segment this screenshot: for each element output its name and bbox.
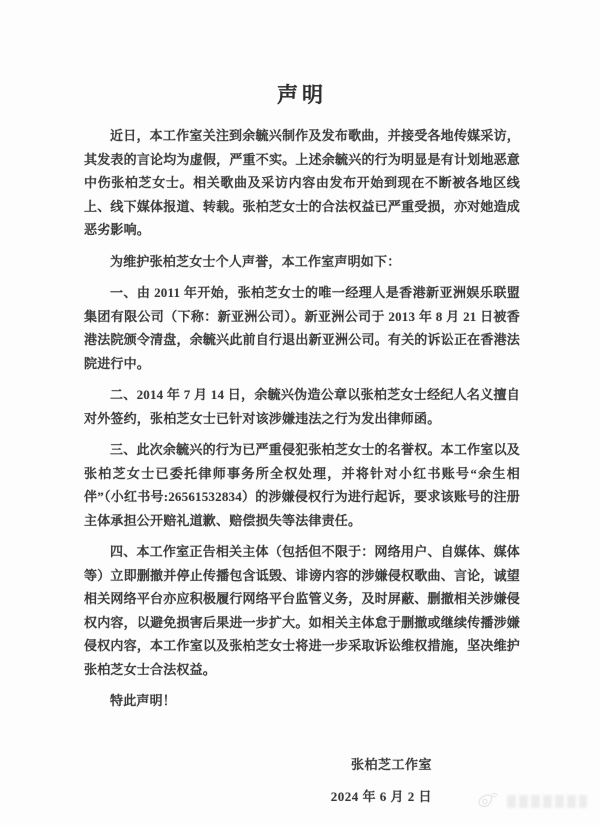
statement-item-4: 四、本工作室正告相关主体（包括但不限于：网络用户、自媒体、媒体等）立即删撤并停止… — [84, 540, 520, 681]
intro-paragraph: 近日，本工作室关注到余毓兴制作及发布歌曲，并接受各地传媒采访，其发表的言论均为虚… — [84, 124, 520, 242]
page-title: 声明 — [84, 82, 520, 108]
closing-declaration: 特此声明！ — [84, 689, 520, 713]
statement-item-2: 二、2014 年 7 月 14 日，余毓兴伪造公章以张柏芝女士经纪人名义擅自对外… — [84, 383, 520, 430]
document-body: 声明 近日，本工作室关注到余毓兴制作及发布歌曲，并接受各地传媒采访，其发表的言论… — [0, 0, 600, 809]
statement-item-3: 三、此次余毓兴的行为已严重侵犯张柏芝女士的名誉权。本工作室以及张柏芝女士已委托律… — [84, 438, 520, 532]
signature-block: 张柏芝工作室 2024 年 6 月 2 日 — [84, 753, 520, 809]
declaration-lead-paragraph: 为维护张柏芝女士个人声誉，本工作室声明如下： — [84, 250, 520, 274]
statement-document: 声明 近日，本工作室关注到余毓兴制作及发布歌曲，并接受各地传媒采访，其发表的言论… — [0, 0, 600, 825]
statement-item-1: 一、由 2011 年开始，张柏芝女士的唯一经理人是香港新亚洲娱乐联盟集团有限公司… — [84, 281, 520, 375]
date: 2024 年 6 月 2 日 — [84, 785, 432, 809]
signature: 张柏芝工作室 — [84, 753, 432, 777]
